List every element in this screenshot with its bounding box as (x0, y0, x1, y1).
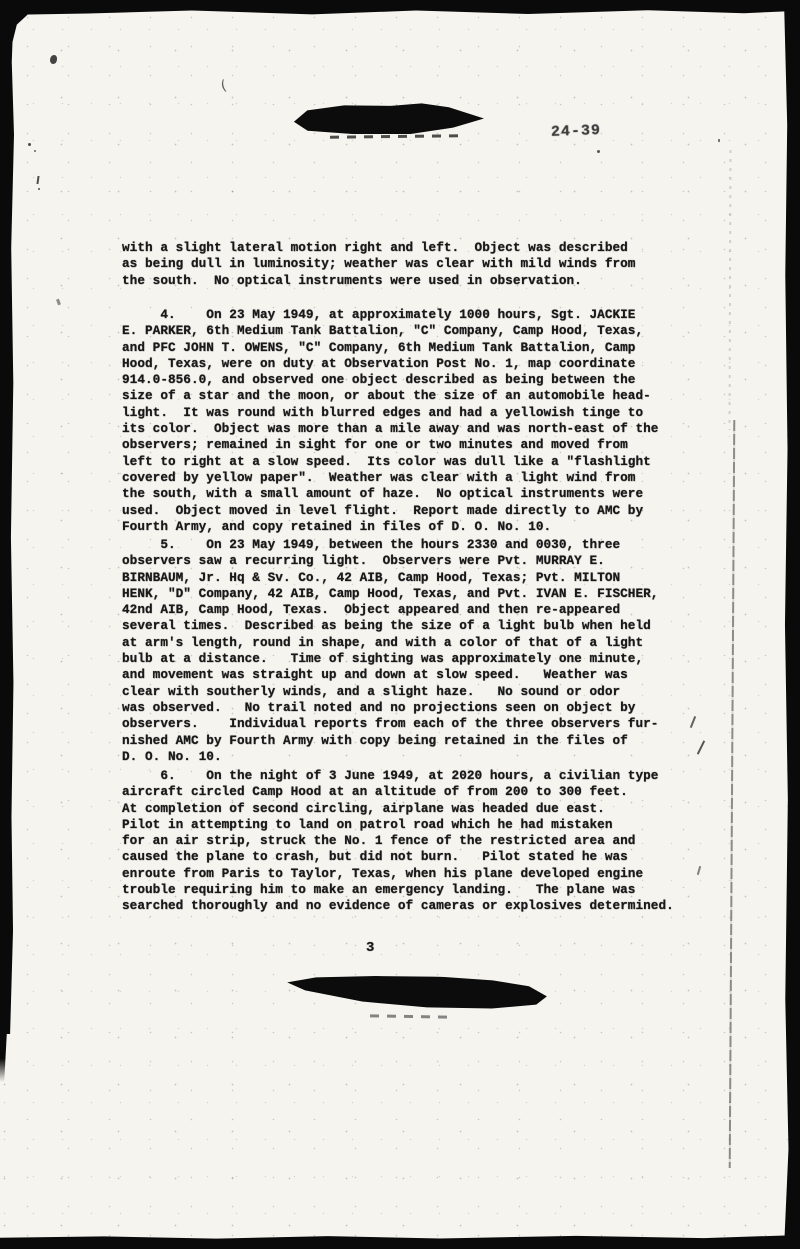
classification-number: 24-39 (551, 123, 602, 141)
pencil-mark: ( (219, 78, 228, 95)
ink-speck (597, 150, 600, 153)
scan-edge-bottom (0, 1235, 800, 1249)
redaction-bar-bottom (287, 968, 548, 1012)
scan-edge-left (0, 0, 14, 1034)
ink-speck (718, 139, 720, 142)
ink-speck (28, 143, 31, 146)
scan-edge-top (0, 0, 800, 15)
crease-line-lower (729, 420, 736, 1168)
redaction-smudge-top (330, 134, 462, 138)
scanned-document-page: 24-39 with a slight lateral motion right… (0, 0, 800, 1249)
paragraph-item-5: 5. On 23 May 1949, between the hours 233… (122, 537, 702, 765)
ink-speck (34, 150, 36, 152)
ink-speck (56, 299, 61, 306)
redaction-smudge-bottom (370, 1014, 448, 1018)
ink-speck (36, 176, 39, 184)
ink-speck (50, 55, 57, 64)
crease-line-upper (729, 150, 732, 430)
scan-edge-right (784, 0, 800, 1249)
paragraph-item-6: 6. On the night of 3 June 1949, at 2020 … (122, 768, 702, 915)
ink-speck (38, 188, 40, 190)
paragraph-item-4: 4. On 23 May 1949, at approximately 1000… (122, 307, 702, 535)
scan-edge-left-lower (0, 1030, 7, 1082)
page-number: 3 (366, 940, 374, 956)
redaction-bar-top (290, 101, 485, 137)
paragraph-continuation: with a slight lateral motion right and l… (122, 240, 702, 289)
